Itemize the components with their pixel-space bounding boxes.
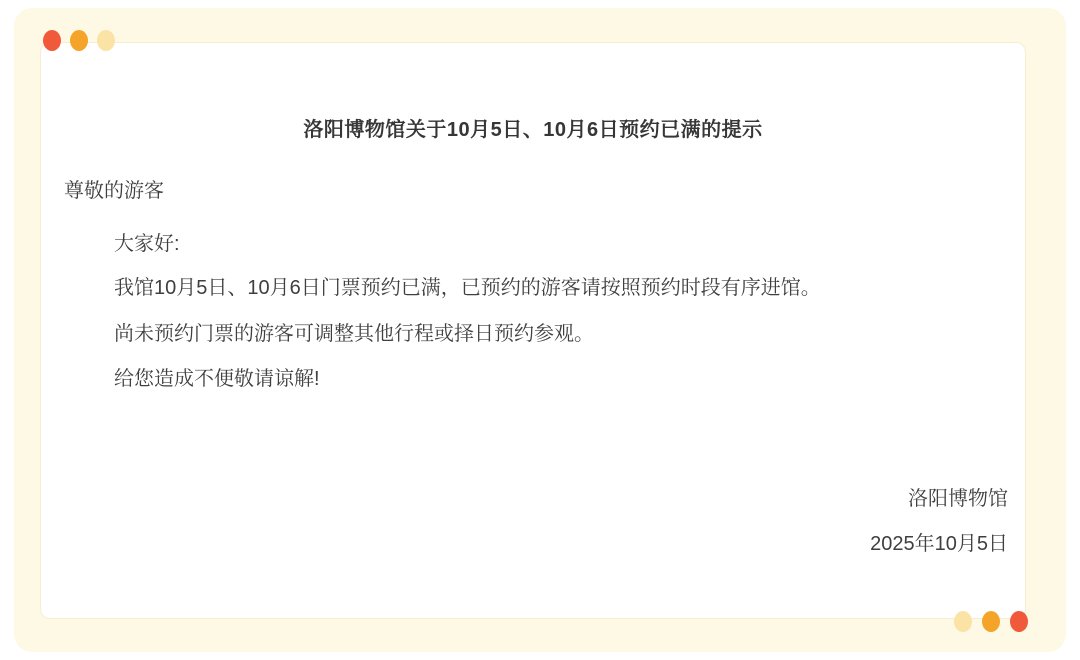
notice-title: 洛阳博物馆关于10月5日、10月6日预约已满的提示 bbox=[41, 113, 1025, 142]
notice-paragraph: 给您造成不便敬请谅解! bbox=[114, 362, 995, 391]
window-dot-orange-icon bbox=[982, 611, 1000, 632]
notice-paragraph: 我馆10月5日、10月6日门票预约已满，已预约的游客请按照预约时段有序进馆。 bbox=[114, 271, 995, 300]
notice-greeting: 尊敬的游客 bbox=[64, 174, 164, 203]
signature-name: 洛阳博物馆 bbox=[908, 482, 1008, 511]
window-dot-orange-icon bbox=[70, 30, 88, 51]
notice-window-frame: 洛阳博物馆关于10月5日、10月6日预约已满的提示 尊敬的游客 大家好: 我馆1… bbox=[14, 8, 1066, 652]
notice-paragraph: 大家好: bbox=[114, 227, 995, 256]
window-dot-yellow-icon bbox=[954, 611, 972, 632]
notice-paragraph: 尚未预约门票的游客可调整其他行程或择日预约参观。 bbox=[114, 317, 995, 346]
window-dot-red-icon bbox=[43, 30, 61, 51]
window-dot-yellow-icon bbox=[97, 30, 115, 51]
notice-card: 洛阳博物馆关于10月5日、10月6日预约已满的提示 尊敬的游客 大家好: 我馆1… bbox=[40, 42, 1026, 619]
window-dot-red-icon bbox=[1010, 611, 1028, 632]
signature-date: 2025年10月5日 bbox=[870, 527, 1008, 556]
